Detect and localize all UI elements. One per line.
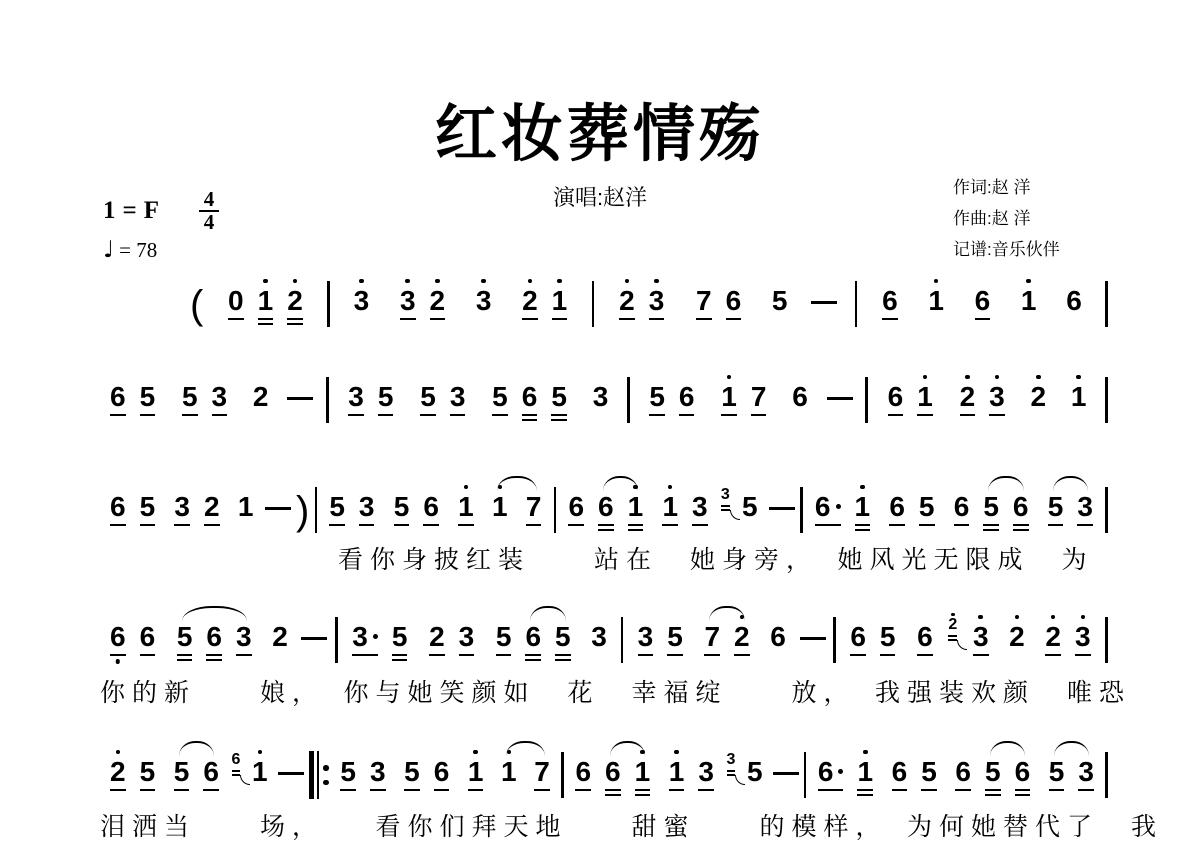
high-octave-dot: [625, 279, 630, 284]
note: 2: [103, 747, 133, 801]
augmentation-dot: [836, 504, 841, 509]
note: 6: [881, 372, 911, 426]
digit: 5: [667, 622, 683, 651]
underline-area: [619, 315, 635, 330]
beam-group: 3: [966, 612, 996, 666]
high-octave-dot: [654, 279, 659, 284]
eighth-underline: [458, 524, 474, 527]
note: 5: [385, 612, 415, 666]
note: 1: [1065, 372, 1093, 426]
eighth-underline: [698, 789, 714, 792]
underline-area: [272, 651, 288, 666]
digit: 2: [1031, 382, 1047, 411]
eighth-underline: [638, 654, 654, 657]
digit: 3: [973, 622, 989, 651]
note-digit: 6: [110, 622, 126, 651]
note: 3: [982, 372, 1012, 426]
digit: 6: [110, 622, 126, 651]
note-digit: 5: [140, 382, 156, 411]
underline-area: [855, 521, 871, 536]
eighth-underline: [110, 654, 126, 657]
score-line-5: 25566153561176611335616565653: [103, 747, 1108, 801]
note-digit: 5: [177, 622, 193, 651]
note-digit: 6: [203, 757, 219, 786]
underline-area: [352, 651, 378, 666]
underline-area: [348, 411, 364, 426]
grace-note: 3: [720, 487, 731, 511]
note: 3: [205, 372, 235, 426]
note: 7: [689, 276, 719, 330]
eighth-underline: [140, 524, 156, 527]
slur: [603, 476, 639, 491]
digit: 0: [228, 286, 244, 315]
note: 3: [341, 372, 371, 426]
digit: 5: [919, 492, 935, 521]
note-digit: 7: [751, 382, 767, 411]
digit: 6: [679, 382, 695, 411]
barline: [1105, 281, 1108, 327]
low-octave-dot: [116, 659, 121, 664]
underline-area: [429, 651, 445, 666]
note: 0: [221, 276, 251, 330]
note: 6: [875, 276, 905, 330]
note: 3: [352, 482, 382, 536]
eighth-underline: [348, 414, 364, 417]
high-octave-dot: [359, 279, 364, 284]
underline-area: [423, 521, 439, 536]
barline: [833, 617, 836, 663]
note: 1: [232, 482, 260, 536]
note-digit: 1: [252, 757, 268, 786]
high-octave-dot: [405, 279, 410, 284]
grace-digit: 3: [721, 487, 730, 503]
note-digit: 5: [174, 757, 190, 786]
note-digit: 1: [857, 757, 873, 786]
note-digit: 1: [721, 382, 737, 411]
note: 2: [515, 276, 545, 330]
sixteenth-underline: [551, 419, 567, 422]
digit: 1: [1071, 382, 1087, 411]
digit: 5: [880, 622, 896, 651]
high-octave-dot: [293, 279, 298, 284]
beam-group: 35: [345, 612, 414, 666]
underline-area: [770, 651, 786, 666]
note: 5: [873, 612, 903, 666]
sixteenth-underline: [857, 794, 873, 797]
digit: 2: [287, 286, 303, 315]
eighth-underline: [975, 318, 991, 321]
eighth-underline: [430, 318, 446, 321]
note-digit: 1: [855, 492, 871, 521]
beam-group: 23: [953, 372, 1012, 426]
underline-area: [1075, 651, 1091, 666]
underline-area: [110, 651, 126, 666]
note: 6: [948, 747, 978, 801]
beam-group: 6: [968, 276, 998, 330]
high-octave-dot: [923, 375, 928, 380]
underline-area: [203, 786, 219, 801]
note: 3: [642, 276, 672, 330]
note: 6: [885, 747, 915, 801]
note: 1: [655, 482, 685, 536]
note: 1: [850, 747, 880, 801]
repeat-dots: [323, 765, 329, 785]
eighth-underline: [450, 414, 466, 417]
digit: 6: [1066, 286, 1082, 315]
underline-area: [888, 411, 904, 426]
underline-area: [496, 651, 512, 666]
eighth-underline: [340, 789, 356, 792]
note-digit: 1: [917, 382, 933, 411]
tempo-value: = 78: [119, 238, 157, 262]
underline-area: [734, 651, 750, 666]
note: 5: [413, 372, 443, 426]
barline: [1105, 617, 1108, 663]
note-digit: 3: [989, 382, 1005, 411]
high-octave-dot: [674, 750, 679, 755]
digit: 6: [892, 757, 908, 786]
sixteenth-underline: [1013, 529, 1029, 532]
note-digit: 2: [1045, 622, 1061, 651]
digit: 3: [236, 622, 252, 651]
high-octave-dot: [1026, 279, 1031, 284]
underline-area: [238, 521, 254, 536]
underline-area: [850, 651, 866, 666]
note: 6: [133, 612, 163, 666]
underline-area: [985, 786, 1001, 801]
eighth-underline: [667, 654, 683, 657]
grace-tie: [730, 510, 740, 520]
eighth-underline: [522, 414, 538, 417]
beam-group: 61: [808, 482, 877, 536]
grace-underline: [948, 635, 957, 637]
beam-group: 25: [103, 747, 162, 801]
high-octave-dot: [860, 485, 865, 490]
eighth-underline: [555, 654, 571, 657]
held-note-dash: [278, 772, 304, 776]
note: 3: [363, 747, 393, 801]
note-digit: 5: [1049, 757, 1065, 786]
digit: 5: [420, 382, 436, 411]
note-digit: 1: [501, 757, 517, 786]
note-digit: 3: [400, 286, 416, 315]
digit: 5: [140, 492, 156, 521]
note: 6: [968, 276, 998, 330]
credit-lyricist: 作词:赵 洋: [953, 172, 1060, 203]
underline-area: [110, 786, 126, 801]
digit: 6: [203, 757, 219, 786]
underline-area: [954, 521, 970, 536]
underline-area: [206, 651, 222, 666]
score-line-4: 665632352356533572665623223: [103, 612, 1108, 666]
high-octave-dot: [263, 279, 268, 284]
sixteenth-underline: [605, 794, 621, 797]
underline-area: [140, 411, 156, 426]
underline-area: [955, 786, 971, 801]
underline-area: [174, 786, 190, 801]
note-digit: 3: [174, 492, 190, 521]
held-note-dash: [811, 301, 837, 305]
note: 5: [333, 747, 363, 801]
underline-area: [526, 521, 542, 536]
note-digit: 2: [960, 382, 976, 411]
digit: 1: [492, 492, 508, 521]
beam-group: 17: [714, 372, 773, 426]
underline-area: [591, 651, 607, 666]
repeat-thick-bar: [309, 751, 315, 799]
barline: [804, 752, 807, 798]
eighth-underline: [140, 414, 156, 417]
eighth-underline: [818, 789, 844, 792]
note-digit: 6: [889, 492, 905, 521]
eighth-underline: [954, 524, 970, 527]
eighth-underline: [394, 524, 410, 527]
note: 5: [322, 482, 352, 536]
digit: 5: [985, 757, 1001, 786]
high-octave-dot: [464, 485, 469, 490]
note: 2: [1025, 372, 1053, 426]
digit: 2: [1009, 622, 1025, 651]
sixteenth-underline: [635, 794, 651, 797]
eighth-underline: [619, 318, 635, 321]
digit: 5: [747, 757, 763, 786]
note-digit: 7: [526, 492, 542, 521]
high-octave-dot: [116, 750, 121, 755]
eighth-underline: [605, 789, 621, 792]
note-digit: 6: [434, 757, 450, 786]
note: 3: [1068, 612, 1098, 666]
eighth-underline: [880, 654, 896, 657]
held-note-dash: [827, 397, 853, 401]
eighth-underline: [110, 524, 126, 527]
note-digit: 1: [635, 757, 651, 786]
digit: 7: [696, 286, 712, 315]
high-octave-dot: [965, 375, 970, 380]
note: 5: [489, 612, 519, 666]
underline-area: [921, 786, 937, 801]
note-digit: 3: [638, 622, 654, 651]
high-octave-dot: [435, 279, 440, 284]
digit: 3: [354, 286, 370, 315]
underline-area: [434, 786, 450, 801]
note-digit: 5: [921, 757, 937, 786]
note: 3: [691, 747, 721, 801]
note-digit: 3: [1078, 757, 1094, 786]
grace-tie: [957, 640, 967, 650]
barline: [335, 617, 338, 663]
eighth-underline: [525, 654, 541, 657]
sixteenth-underline: [555, 659, 571, 662]
underline-area: [552, 315, 568, 330]
note-digit: 3: [348, 382, 364, 411]
digit: 5: [404, 757, 420, 786]
note: 5: [175, 372, 205, 426]
note: 3: [345, 612, 385, 666]
digit: 2: [1045, 622, 1061, 651]
high-octave-dot: [1051, 615, 1056, 620]
eighth-underline: [921, 789, 937, 792]
note: 2: [1038, 612, 1068, 666]
eighth-underline: [228, 318, 244, 321]
eighth-underline: [721, 414, 737, 417]
eighth-underline: [204, 524, 220, 527]
time-signature: 4 4: [199, 190, 219, 232]
beam-group: 53: [175, 372, 234, 426]
note-digit: 6: [1013, 492, 1029, 521]
digit: 7: [534, 757, 550, 786]
note: 1: [461, 747, 491, 801]
eighth-underline: [110, 789, 126, 792]
high-octave-dot: [481, 279, 486, 284]
eighth-underline: [917, 654, 933, 657]
eighth-underline: [985, 789, 1001, 792]
underline-area: [522, 315, 538, 330]
credits-block: 作词:赵 洋 作曲:赵 洋 记谱:音乐伙伴: [953, 172, 1060, 265]
note-digit: 6: [110, 492, 126, 521]
note: 6: [103, 482, 133, 536]
note: 5: [133, 372, 163, 426]
underline-area: [253, 411, 269, 426]
eighth-underline: [669, 789, 685, 792]
beam-group: 61: [811, 747, 880, 801]
underline-area: [359, 521, 375, 536]
grace-underline: [727, 774, 736, 776]
digit: 6: [140, 622, 156, 651]
note-digit: 5: [985, 757, 1001, 786]
sixteenth-underline: [598, 529, 614, 532]
digit: 2: [522, 286, 538, 315]
grace-underline: [948, 639, 957, 641]
eighth-underline: [696, 318, 712, 321]
score-line-2: 655323553565356176612321: [103, 372, 1108, 426]
eighth-underline: [534, 789, 550, 792]
high-octave-dot: [668, 485, 673, 490]
underline-area: [340, 786, 356, 801]
note-digit: 3: [692, 492, 708, 521]
note-digit: 5: [742, 492, 758, 521]
underline-area: [370, 786, 386, 801]
note: 6: [515, 372, 545, 426]
eighth-underline: [182, 414, 198, 417]
underline-area: [420, 411, 436, 426]
underline-area: [534, 786, 550, 801]
digit: 1: [468, 757, 484, 786]
note: 6: [910, 612, 940, 666]
slur: [179, 741, 215, 756]
beam-group: 35: [631, 612, 690, 666]
note-digit: 3: [236, 622, 252, 651]
high-octave-dot: [978, 615, 983, 620]
underline-area: [698, 786, 714, 801]
note-digit: 2: [430, 286, 446, 315]
eighth-underline: [679, 414, 695, 417]
underline-area: [476, 315, 492, 330]
underline-area: [110, 411, 126, 426]
beam-group: 61: [881, 372, 940, 426]
high-octave-dot: [934, 279, 939, 284]
beam-group: 56: [642, 372, 701, 426]
note-digit: 2: [1009, 622, 1025, 651]
digit: 3: [359, 492, 375, 521]
digit: 6: [525, 622, 541, 651]
note-digit: 3: [352, 622, 378, 651]
note: 6: [811, 747, 851, 801]
note: 6: [786, 372, 814, 426]
underline-area: [593, 411, 609, 426]
digit: 6: [206, 622, 222, 651]
note-digit: 3: [450, 382, 466, 411]
underline-area: [638, 651, 654, 666]
note: 5: [642, 372, 672, 426]
underline-area: [1031, 411, 1047, 426]
note-digit: 3: [459, 622, 475, 651]
note-digit: 5: [392, 622, 408, 651]
digit: 6: [882, 286, 898, 315]
lyrics-line-3: 泪洒当 场， 看你们拜天地 甜蜜 的模样， 为何她替代了 我: [100, 807, 1163, 843]
note: 1: [714, 372, 744, 426]
eighth-underline: [492, 414, 508, 417]
beam-group: 53: [322, 482, 381, 536]
eighth-underline: [468, 789, 484, 792]
note-digit: 6: [954, 492, 970, 521]
eighth-underline: [404, 789, 420, 792]
note-digit: 5: [340, 757, 356, 786]
eighth-underline: [815, 524, 841, 527]
eighth-underline: [960, 414, 976, 417]
note-digit: 5: [420, 382, 436, 411]
note-digit: 6: [815, 492, 841, 521]
slur: [182, 606, 247, 621]
note-digit: 5: [983, 492, 999, 521]
digit: 3: [1077, 492, 1093, 521]
note: 1: [910, 372, 940, 426]
eighth-underline: [110, 414, 126, 417]
digit: 6: [1013, 492, 1029, 521]
digit: 5: [329, 492, 345, 521]
underline-area: [1049, 786, 1065, 801]
note-digit: 5: [492, 382, 508, 411]
note-digit: 6: [726, 286, 742, 315]
note-digit: 2: [204, 492, 220, 521]
digit: 1: [635, 757, 651, 786]
note-digit: 5: [555, 622, 571, 651]
eighth-underline: [598, 524, 614, 527]
note-digit: 1: [258, 286, 274, 315]
underline-area: [692, 521, 708, 536]
key-signature: 1 = F 4 4: [103, 190, 219, 232]
held-note-dash: [301, 637, 327, 641]
digit: 1: [928, 286, 944, 315]
augmentation-dot: [838, 769, 843, 774]
eighth-underline: [434, 789, 450, 792]
note: 5: [912, 482, 942, 536]
eighth-underline: [206, 654, 222, 657]
slur: [506, 741, 545, 756]
note-digit: 5: [667, 622, 683, 651]
underline-area: [889, 521, 905, 536]
high-octave-dot: [557, 279, 562, 284]
digit: 1: [721, 382, 737, 411]
digit: 1: [662, 492, 678, 521]
eighth-underline: [1078, 789, 1094, 792]
digit: 3: [692, 492, 708, 521]
barline: [554, 487, 557, 533]
underline-area: [598, 521, 614, 536]
high-octave-dot: [258, 750, 263, 755]
grace-note: 3: [726, 752, 737, 776]
eighth-underline: [496, 654, 512, 657]
underline-area: [182, 411, 198, 426]
